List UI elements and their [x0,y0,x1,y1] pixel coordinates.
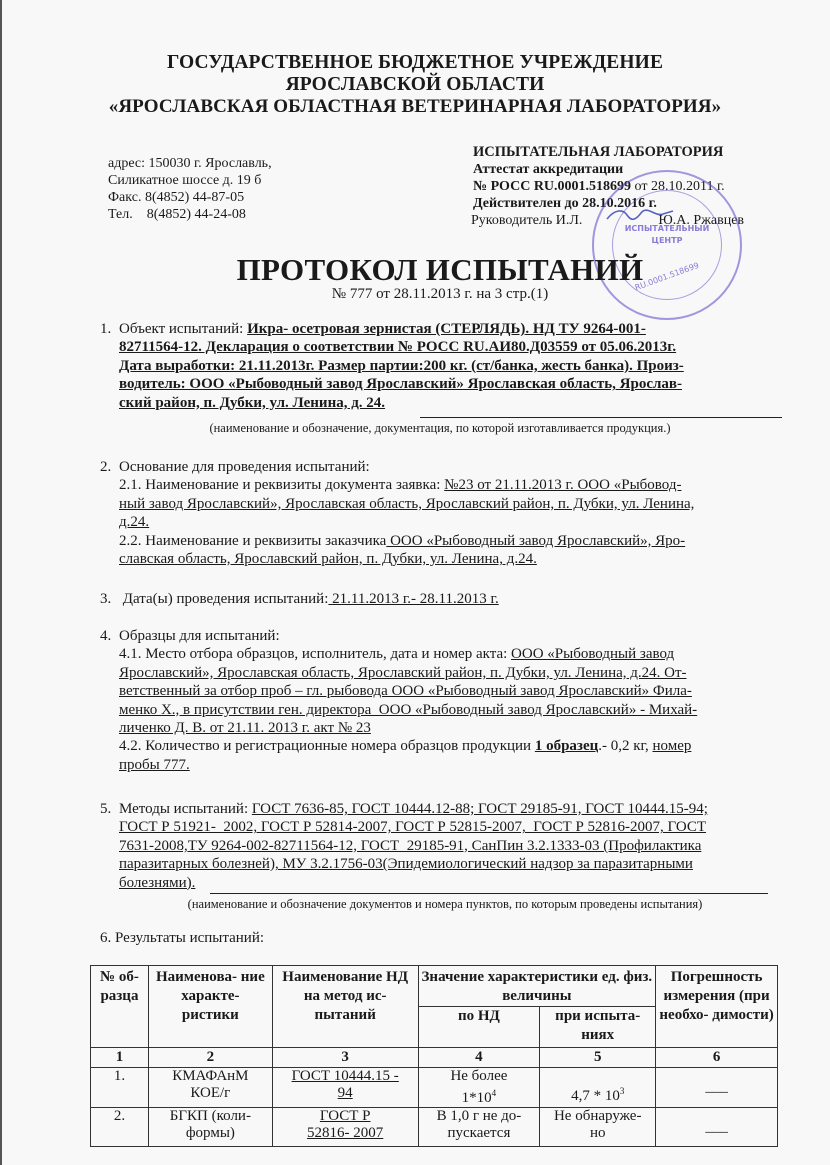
stamp-center-line1: ИСПЫТАТЕЛЬНЫЙ [594,224,740,233]
test-object-line: ский район, п. Дубки, ул. Ленина, д. 24. [119,395,385,411]
section-label: Образцы для испытаний: [119,628,280,644]
section-samples: 4. Образцы для испытаний: 4.1. Место отб… [100,627,790,774]
method-line: ГОСТ Р 51921- 2002, ГОСТ Р 52814-2007, Г… [119,819,706,835]
section-note: (наименование и обозначение, документаци… [100,421,780,435]
cell-test-value: 4,7 * 103 [540,1068,656,1108]
org-name-line1: ГОСУДАРСТВЕННОЕ БЮДЖЕТНОЕ УЧРЕЖДЕНИЕ [0,52,830,74]
header-characteristic: Наименова- ние характе- ристики [148,966,272,1048]
sample-number-value: пробы 777. [119,757,190,773]
section-number: 5. [100,800,111,818]
column-index: 5 [540,1048,656,1068]
customer-value: ООО «Рыбоводный завод Ярославский», Яро- [386,533,685,549]
column-index: 3 [272,1048,418,1068]
address-block: адрес: 150030 г. Ярославль, Силикатное ш… [108,155,272,223]
customer-label: 2.2. Наименование и реквизиты заказчика [119,533,386,549]
sample-number-label: номер [653,738,692,754]
accreditation-number: № РОСС RU.0001.518699 [473,179,631,194]
sample-count: 1 образец [535,738,598,754]
section-results-label: 6. Результаты испытаний: [100,929,264,947]
cell-sample-number: 2. [91,1108,149,1147]
table-row: 2. БГКП (коли- формы) ГОСТ Р 52816- 2007… [91,1108,778,1147]
protocol-subtitle: № 777 от 28.11.2013 г. на 3 стр.(1) [0,285,830,303]
cell-measurement-error: ___ [656,1108,778,1147]
request-value: д.24. [119,514,149,530]
underline-rule [420,417,782,418]
cell-test-value: Не обнаруже- но [540,1108,656,1147]
column-index-row: 1 2 3 4 5 6 [91,1048,778,1068]
test-object-line: водитель: ООО «Рыбоводный завод Ярославс… [119,376,682,392]
signature-icon [605,205,675,225]
test-object-line: Икра- осетровая зернистая (СТЕРЛЯДЬ). НД… [247,321,646,337]
section-number: 2. [100,458,111,476]
section-test-dates: 3. Дата(ы) проведения испытаний: 21.11.2… [100,590,790,608]
stamp-center-line2: ЦЕНТР [594,236,740,245]
sample-weight: .- 0,2 кг, [598,738,652,754]
section-label: Методы испытаний: [119,801,252,817]
header-test-value: при испыта- ниях [540,1007,656,1048]
protocol-title: ПРОТОКОЛ ИСПЫТАНИЙ [0,252,830,288]
section-test-object: 1. Объект испытаний: Икра- осетровая зер… [100,320,790,412]
address-line: Факс. 8(4852) 44-87-05 [108,189,272,206]
accreditation-label: Аттестат аккредитации [473,161,744,178]
cell-measurement-error: ___ [656,1068,778,1108]
column-index: 2 [148,1048,272,1068]
address-line: Силикатное шоссе д. 19 б [108,172,272,189]
request-label: 2.1. Наименование и реквизиты документа … [119,477,444,493]
org-name-line2: ЯРОСЛАВСКОЙ ОБЛАСТИ [0,74,830,96]
sampling-label: 4.1. Место отбора образцов, исполнитель,… [119,646,511,662]
header-measurement-error: Погрешность измерения (при необхо- димос… [656,966,778,1048]
head-label: Руководитель И.Л. [471,213,582,228]
request-value: ный завод Ярославский», Ярославская обла… [119,496,694,512]
underline-rule [210,893,768,894]
section-number: 1. [100,320,111,338]
test-object-line: Дата выработки: 21.11.2013г. Размер парт… [119,358,684,374]
section-label: Основание для проведения испытаний: [119,459,370,475]
sampling-value: ветственный за отбор проб – гл. рыбовода… [119,683,692,699]
section-label: Объект испытаний: [119,321,247,337]
column-index: 1 [91,1048,149,1068]
header-norm-value: по НД [418,1007,540,1048]
result-base: 4,7 * 10 [571,1088,620,1104]
method-line: 7631-2008,ТУ 9264-002-82711564-12, ГОСТ … [119,838,701,854]
section-number: 3. [100,590,111,608]
results-table: № об- разца Наименова- ние характе- рист… [90,965,778,1147]
cell-norm-value: В 1,0 г не до- пускается [418,1108,540,1147]
section-test-basis: 2. Основание для проведения испытаний: 2… [100,458,790,568]
header-sample-number: № об- разца [91,966,149,1048]
column-index: 6 [656,1048,778,1068]
header-value-group: Значение характеристики ед. физ. величин… [418,966,656,1007]
scan-edge [0,0,2,1165]
sampling-value: менко Х., в присутствии ген. директора О… [119,702,697,718]
cell-method: ГОСТ Р 52816- 2007 [272,1108,418,1147]
section-label: Дата(ы) проведения испытаний: [119,591,328,607]
cell-sample-number: 1. [91,1068,149,1108]
sampling-value: личенко Д. В. от 21.11. 2013 г. акт № 23 [119,720,371,736]
lab-title: ИСПЫТАТЕЛЬНАЯ ЛАБОРАТОРИЯ [473,144,744,161]
request-value: №23 от 21.11.2013 г. ООО «Рыбовод- [444,477,681,493]
method-line: паразитарных болезней), МУ 3.2.1756-03(Э… [119,856,693,872]
norm-text: Не более [450,1068,507,1084]
method-line: ГОСТ 7636-85, ГОСТ 10444.12-88; ГОСТ 291… [252,801,708,817]
cell-method: ГОСТ 10444.15 - 94 [272,1068,418,1108]
column-index: 4 [418,1048,540,1068]
test-object-line: 82711564-12. Декларация о соответствии №… [119,339,676,355]
sampling-value: ООО «Рыбоводный завод [511,646,674,662]
org-name-line3: «ЯРОСЛАВСКАЯ ОБЛАСТНАЯ ВЕТЕРИНАРНАЯ ЛАБО… [0,96,830,118]
section-note: (наименование и обозначение документов и… [100,897,790,911]
cell-characteristic: КМАФАнМ КОЕ/г [148,1068,272,1108]
cell-characteristic: БГКП (коли- формы) [148,1108,272,1147]
cell-norm-value: Не более 1*104 [418,1068,540,1108]
method-line: болезнями). [119,875,195,891]
address-line: Тел. 8(4852) 44-24-08 [108,206,272,223]
test-dates-value: 21.11.2013 г.- 28.11.2013 г. [328,591,498,607]
sampling-value: Ярославский», Ярославская область, Яросл… [119,665,687,681]
section-test-methods: 5. Методы испытаний: ГОСТ 7636-85, ГОСТ … [100,800,790,892]
header-method: Наименование НД на метод ис- пытаний [272,966,418,1048]
sample-count-label: 4.2. Количество и регистрационные номера… [119,738,535,754]
section-number: 4. [100,627,111,645]
address-line: адрес: 150030 г. Ярославль, [108,155,272,172]
table-row: 1. КМАФАнМ КОЕ/г ГОСТ 10444.15 - 94 Не б… [91,1068,778,1108]
norm-base: 1*10 [462,1090,492,1106]
norm-exponent: 4 [492,1088,497,1098]
result-exponent: 3 [620,1086,625,1096]
customer-value: славская область, Ярославский район, п. … [119,551,537,567]
